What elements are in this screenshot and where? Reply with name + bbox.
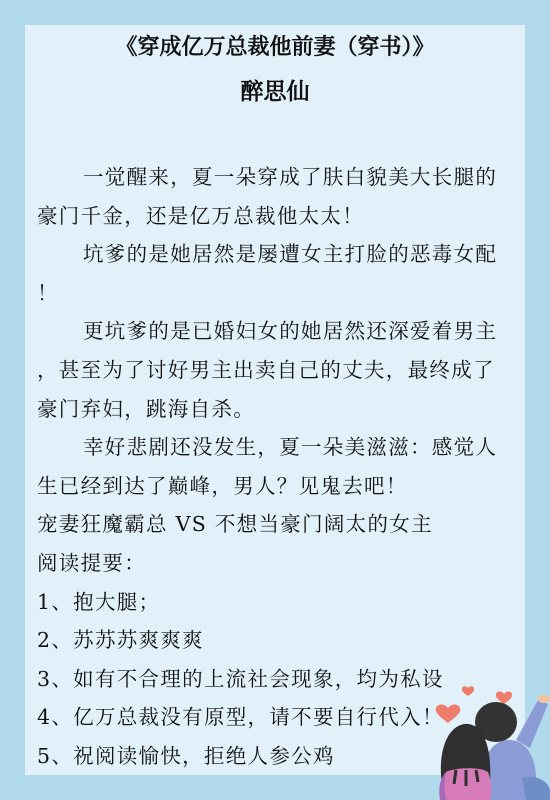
- synopsis-line: 生已经到达了巅峰，男人？见鬼去吧！: [37, 467, 509, 506]
- synopsis-line: 豪门弃妇，跳海自杀。: [37, 390, 509, 429]
- book-author: 醉思仙: [0, 77, 550, 107]
- synopsis-line: 幸好悲剧还没发生，夏一朵美滋滋：感觉人: [37, 428, 509, 467]
- reading-notes-heading: 阅读提要：: [37, 544, 509, 583]
- couple-with-hearts-illustration: [430, 678, 550, 800]
- synopsis-line: 豪门千金，还是亿万总裁他太太！: [37, 197, 509, 236]
- synopsis-line: 一觉醒来，夏一朵穿成了肤白貌美大长腿的: [37, 158, 509, 197]
- synopsis-line: ，甚至为了讨好男主出卖自己的丈夫，最终成了: [37, 351, 509, 390]
- book-title: 《穿成亿万总裁他前妻（穿书）》: [0, 33, 550, 63]
- synopsis-line: 更坑爹的是已婚妇女的她居然还深爱着男主: [37, 312, 509, 351]
- reading-note-item: 1、抱大腿；: [37, 583, 509, 622]
- synopsis-line: 坑爹的是她居然是屡遭女主打脸的恶毒女配: [37, 235, 509, 274]
- reading-note-item: 2、苏苏苏爽爽爽: [37, 621, 509, 660]
- synopsis-line: ！: [37, 274, 509, 313]
- tagline: 宠妻狂魔霸总 VS 不想当豪门阔太的女主: [37, 505, 509, 544]
- boy-arm: [516, 700, 548, 748]
